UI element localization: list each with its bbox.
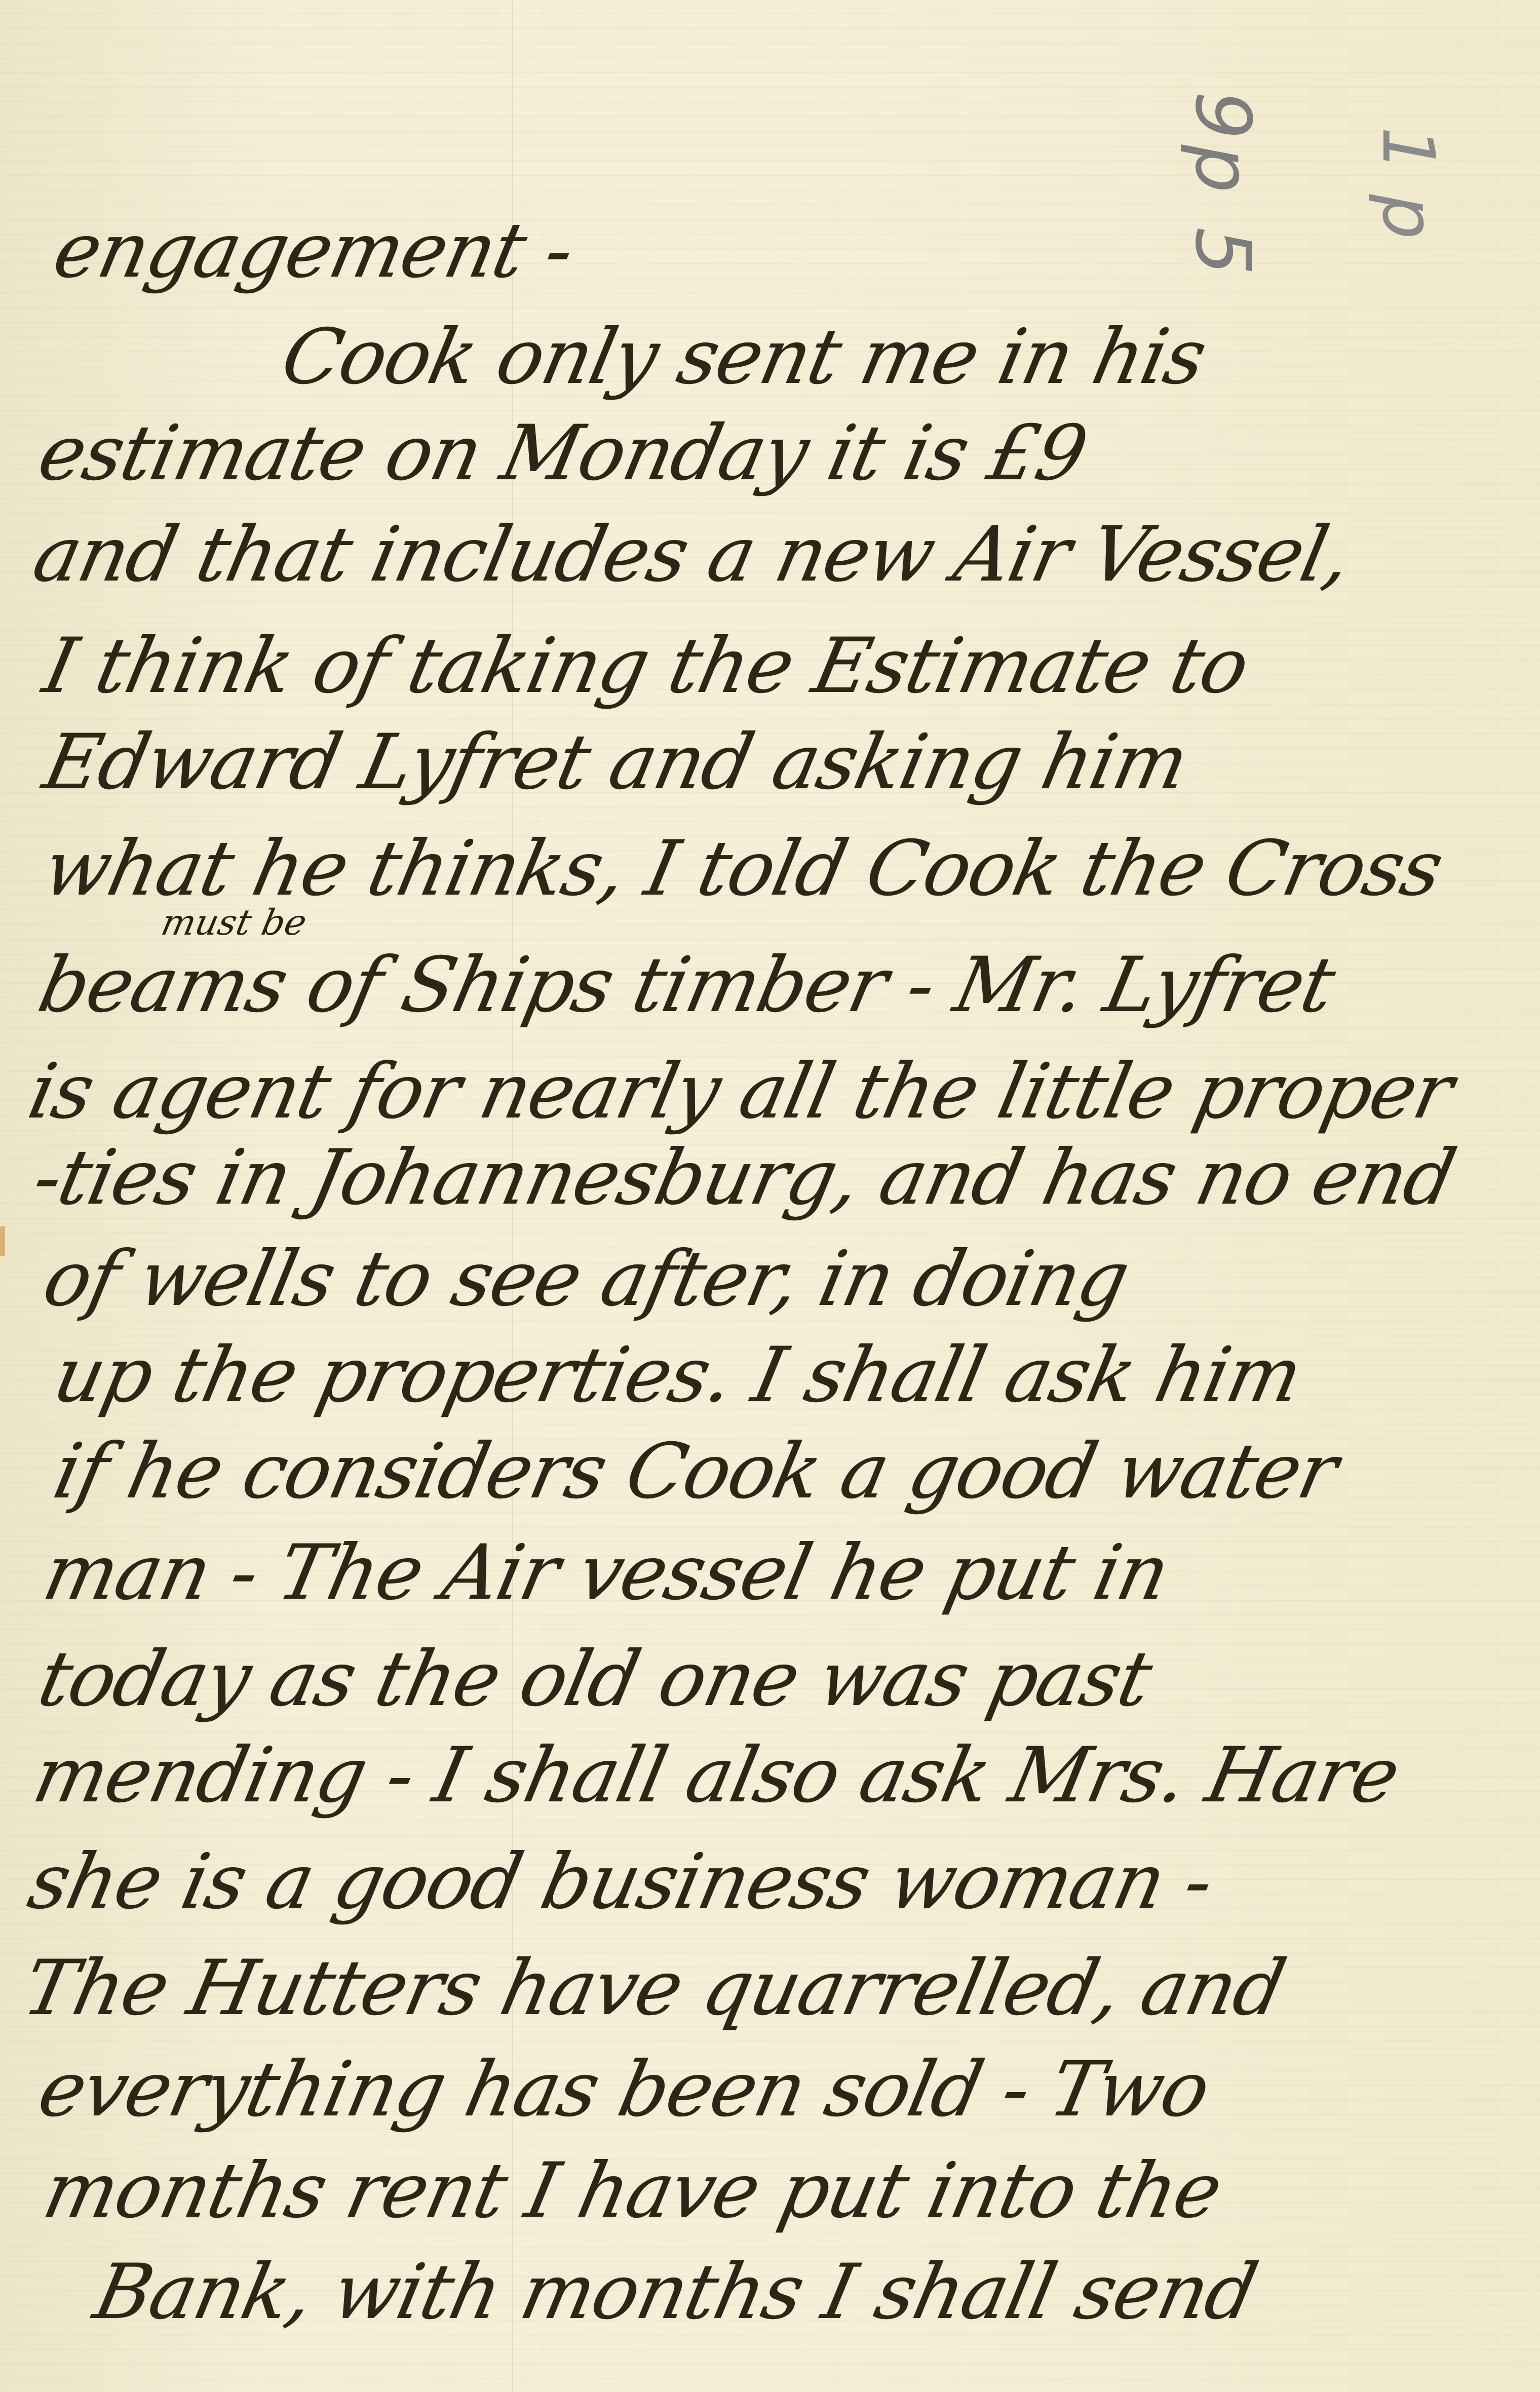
letter-line: estimate on Monday it is £9 xyxy=(32,415,1093,491)
letter-line: of wells to see after, in doing xyxy=(37,1241,1134,1317)
letter-line: if he considers Cook a good water xyxy=(48,1434,1343,1510)
letter-line: everything has been sold - Two xyxy=(32,2052,1215,2128)
letter-line: she is a good business woman - xyxy=(22,1844,1219,1920)
letter-body: engagement - Cook only sent me in his es… xyxy=(0,0,1540,2392)
letter-line: and that includes a new Air Vessel, xyxy=(27,517,1357,593)
letter-line: what he thinks, I told Cook the Cross xyxy=(37,831,1448,907)
letter-line: up the properties. I shall ask him xyxy=(48,1337,1307,1413)
letter-line: I think of taking the Estimate to xyxy=(37,628,1254,704)
letter-line: Cook only sent me in his xyxy=(276,319,1212,395)
letter-line: beams of Ships timber - Mr. Lyfret xyxy=(32,947,1340,1023)
letter-line: months rent I have put into the xyxy=(37,2153,1227,2229)
letter-line: The Hutters have quarrelled, and xyxy=(17,1950,1291,2026)
letter-line: Edward Lyfret and asking him xyxy=(37,724,1193,800)
letter-line: engagement - xyxy=(48,213,580,289)
letter-line: Bank, with months I shall send xyxy=(88,2254,1262,2330)
interlinear-insert: must be xyxy=(158,902,310,943)
letter-line: today as the old one was past xyxy=(32,1641,1157,1717)
letter-line: -ties in Johannesburg, and has no end xyxy=(27,1140,1461,1216)
letter-line: mending - I shall also ask Mrs. Hare xyxy=(27,1738,1405,1814)
letter-line: man - The Air vessel he put in xyxy=(37,1535,1175,1611)
letter-line: is agent for nearly all the little prope… xyxy=(22,1054,1458,1130)
